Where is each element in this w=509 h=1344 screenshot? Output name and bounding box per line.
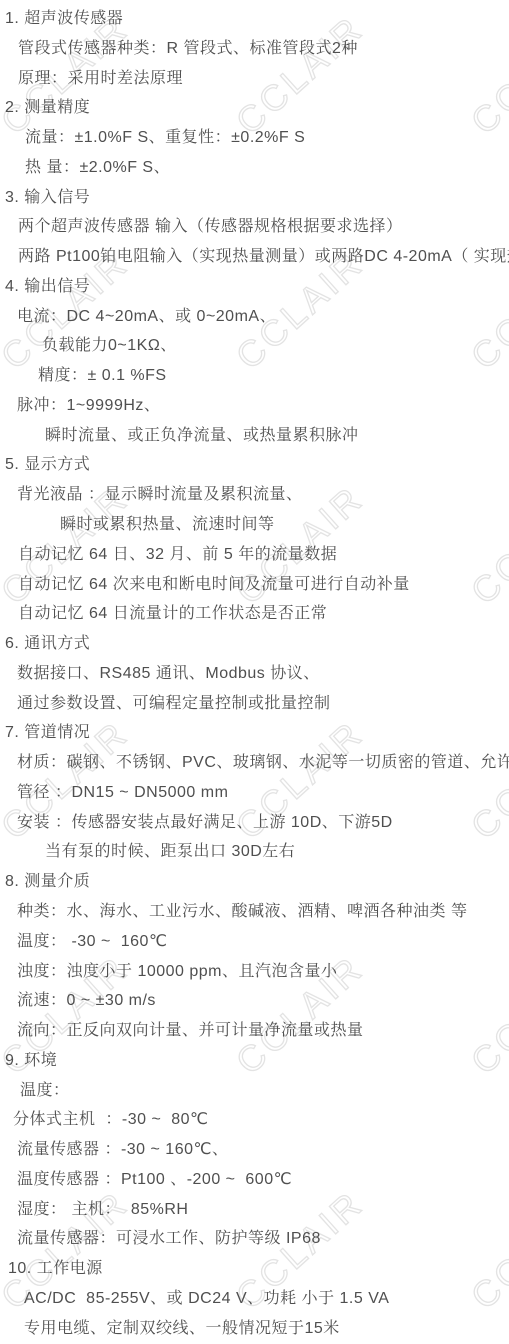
- spec-line: 负载能力0~1KΩ、: [0, 331, 509, 361]
- spec-line: 瞬时或累积热量、流速时间等: [0, 510, 509, 540]
- spec-line: 自动记忆 64 日、32 月、前 5 年的流量数据: [0, 540, 509, 570]
- spec-line: 通过参数设置、可编程定量控制或批量控制: [0, 689, 509, 719]
- spec-line: 湿度： 主机： 85%RH: [0, 1195, 509, 1225]
- spec-line: 种类：水、海水、工业污水、酸碱液、酒精、啤酒各种油类 等: [0, 897, 509, 927]
- spec-line: 管段式传感器种类：R 管段式、标准管段式2种: [0, 34, 509, 64]
- spec-line: AC/DC 85-255V、或 DC24 V、功耗 小于 1.5 VA: [0, 1284, 509, 1314]
- spec-line: 管径 ：DN15 ~ DN5000 mm: [0, 778, 509, 808]
- section-heading: 1. 超声波传感器: [0, 4, 509, 34]
- spec-line: 精度：± 0.1 %FS: [0, 361, 509, 391]
- spec-line: 分体式主机 ：-30 ~ 80℃: [0, 1105, 509, 1135]
- spec-line: 安装 ：传感器安装点最好满足、上游 10D、下游5D: [0, 808, 509, 838]
- spec-content: 1. 超声波传感器管段式传感器种类：R 管段式、标准管段式2种原理：采用时差法原…: [0, 0, 509, 1343]
- spec-line: 专用电缆、定制双绞线、一般情况短于15米: [0, 1314, 509, 1344]
- spec-line: 自动记忆 64 次来电和断电时间及流量可进行自动补量: [0, 570, 509, 600]
- spec-line: 两路 Pt100铂电阻输入（实现热量测量）或两路DC 4-20mA（ 实现热量测…: [0, 242, 509, 272]
- spec-line: 电流：DC 4~20mA、或 0~20mA、: [0, 302, 509, 332]
- section-heading: 9. 环境: [0, 1046, 509, 1076]
- section-heading: 5. 显示方式: [0, 450, 509, 480]
- section-heading: 3. 输入信号: [0, 183, 509, 213]
- section-heading: 2. 测量精度: [0, 93, 509, 123]
- spec-line: 流向：正反向双向计量、并可计量净流量或热量: [0, 1016, 509, 1046]
- spec-line: 流速：0 ~ ±30 m/s: [0, 986, 509, 1016]
- spec-line: 背光液晶 ：显示瞬时流量及累积流量、: [0, 480, 509, 510]
- section-heading: 10. 工作电源: [0, 1254, 509, 1284]
- spec-line: 材质：碳钢、不锈钢、PVC、玻璃钢、水泥等一切质密的管道、允许有衬里: [0, 748, 509, 778]
- spec-line: 脉冲：1~9999Hz、: [0, 391, 509, 421]
- spec-document: CCLAIRCCLAIRCCLAIRCCLAIRCCLAIRCCLAIRCCLA…: [0, 0, 509, 1344]
- spec-line: 温度： -30 ~ 160℃: [0, 927, 509, 957]
- spec-line: 当有泵的时候、距泵出口 30D左右: [0, 837, 509, 867]
- spec-line: 瞬时流量、或正负净流量、或热量累积脉冲: [0, 421, 509, 451]
- spec-line: 数据接口、RS485 通讯、Modbus 协议、: [0, 659, 509, 689]
- section-heading: 4. 输出信号: [0, 272, 509, 302]
- spec-line: 自动记忆 64 日流量计的工作状态是否正常: [0, 599, 509, 629]
- spec-line: 温度传感器 ：Pt100 、-200 ~ 600℃: [0, 1165, 509, 1195]
- section-heading: 6. 通讯方式: [0, 629, 509, 659]
- page: { "page": { "background": "#ffffff", "te…: [0, 0, 509, 1344]
- spec-line: 流量：±1.0%F S、重复性：±0.2%F S: [0, 123, 509, 153]
- section-heading: 8. 测量介质: [0, 867, 509, 897]
- spec-line: 流量传感器：可浸水工作、防护等级 IP68: [0, 1224, 509, 1254]
- spec-line: 浊度：浊度小于 10000 ppm、且汽泡含量小: [0, 957, 509, 987]
- spec-line: 两个超声波传感器 输入（传感器规格根据要求选择）: [0, 212, 509, 242]
- spec-line: 热 量：±2.0%F S、: [0, 153, 509, 183]
- section-heading: 7. 管道情况: [0, 718, 509, 748]
- spec-line: 温度：: [0, 1076, 509, 1106]
- spec-line: 原理：采用时差法原理: [0, 64, 509, 94]
- spec-line: 流量传感器 ：-30 ~ 160℃、: [0, 1135, 509, 1165]
